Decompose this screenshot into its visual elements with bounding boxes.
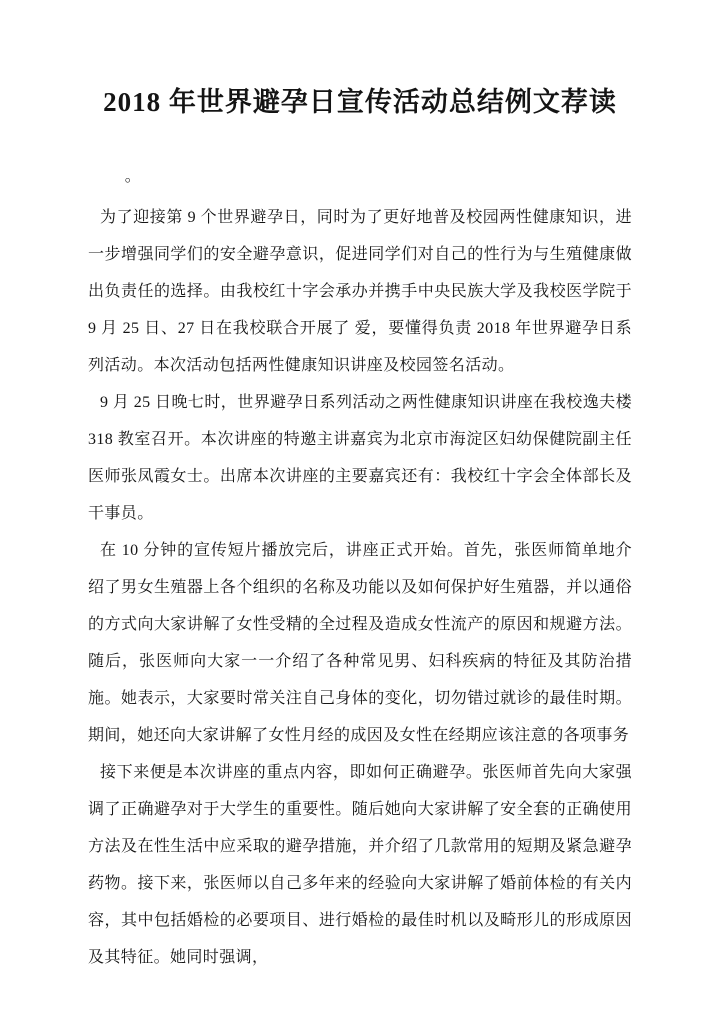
- document-title: 2018 年世界避孕日宣传活动总结例文荐读: [88, 82, 632, 122]
- lead-punctuation-line: 。: [88, 158, 632, 195]
- document-page: 2018 年世界避孕日宣传活动总结例文荐读 。 为了迎接第 9 个世界避孕日，同…: [0, 0, 721, 1020]
- paragraph-lecture-opening: 9 月 25 日晚七时，世界避孕日系列活动之两性健康知识讲座在我校逸夫楼 318…: [88, 384, 632, 532]
- paragraph-contraception-focus: 接下来便是本次讲座的重点内容，即如何正确避孕。张医师首先向大家强调了正确避孕对于…: [88, 754, 632, 976]
- paragraph-lecture-content: 在 10 分钟的宣传短片播放完后，讲座正式开始。首先，张医师简单地介绍了男女生殖…: [88, 532, 632, 754]
- document-body: 为了迎接第 9 个世界避孕日，同时为了更好地普及校园两性健康知识，进一步增强同学…: [88, 199, 632, 976]
- paragraph-intro: 为了迎接第 9 个世界避孕日，同时为了更好地普及校园两性健康知识，进一步增强同学…: [88, 199, 632, 384]
